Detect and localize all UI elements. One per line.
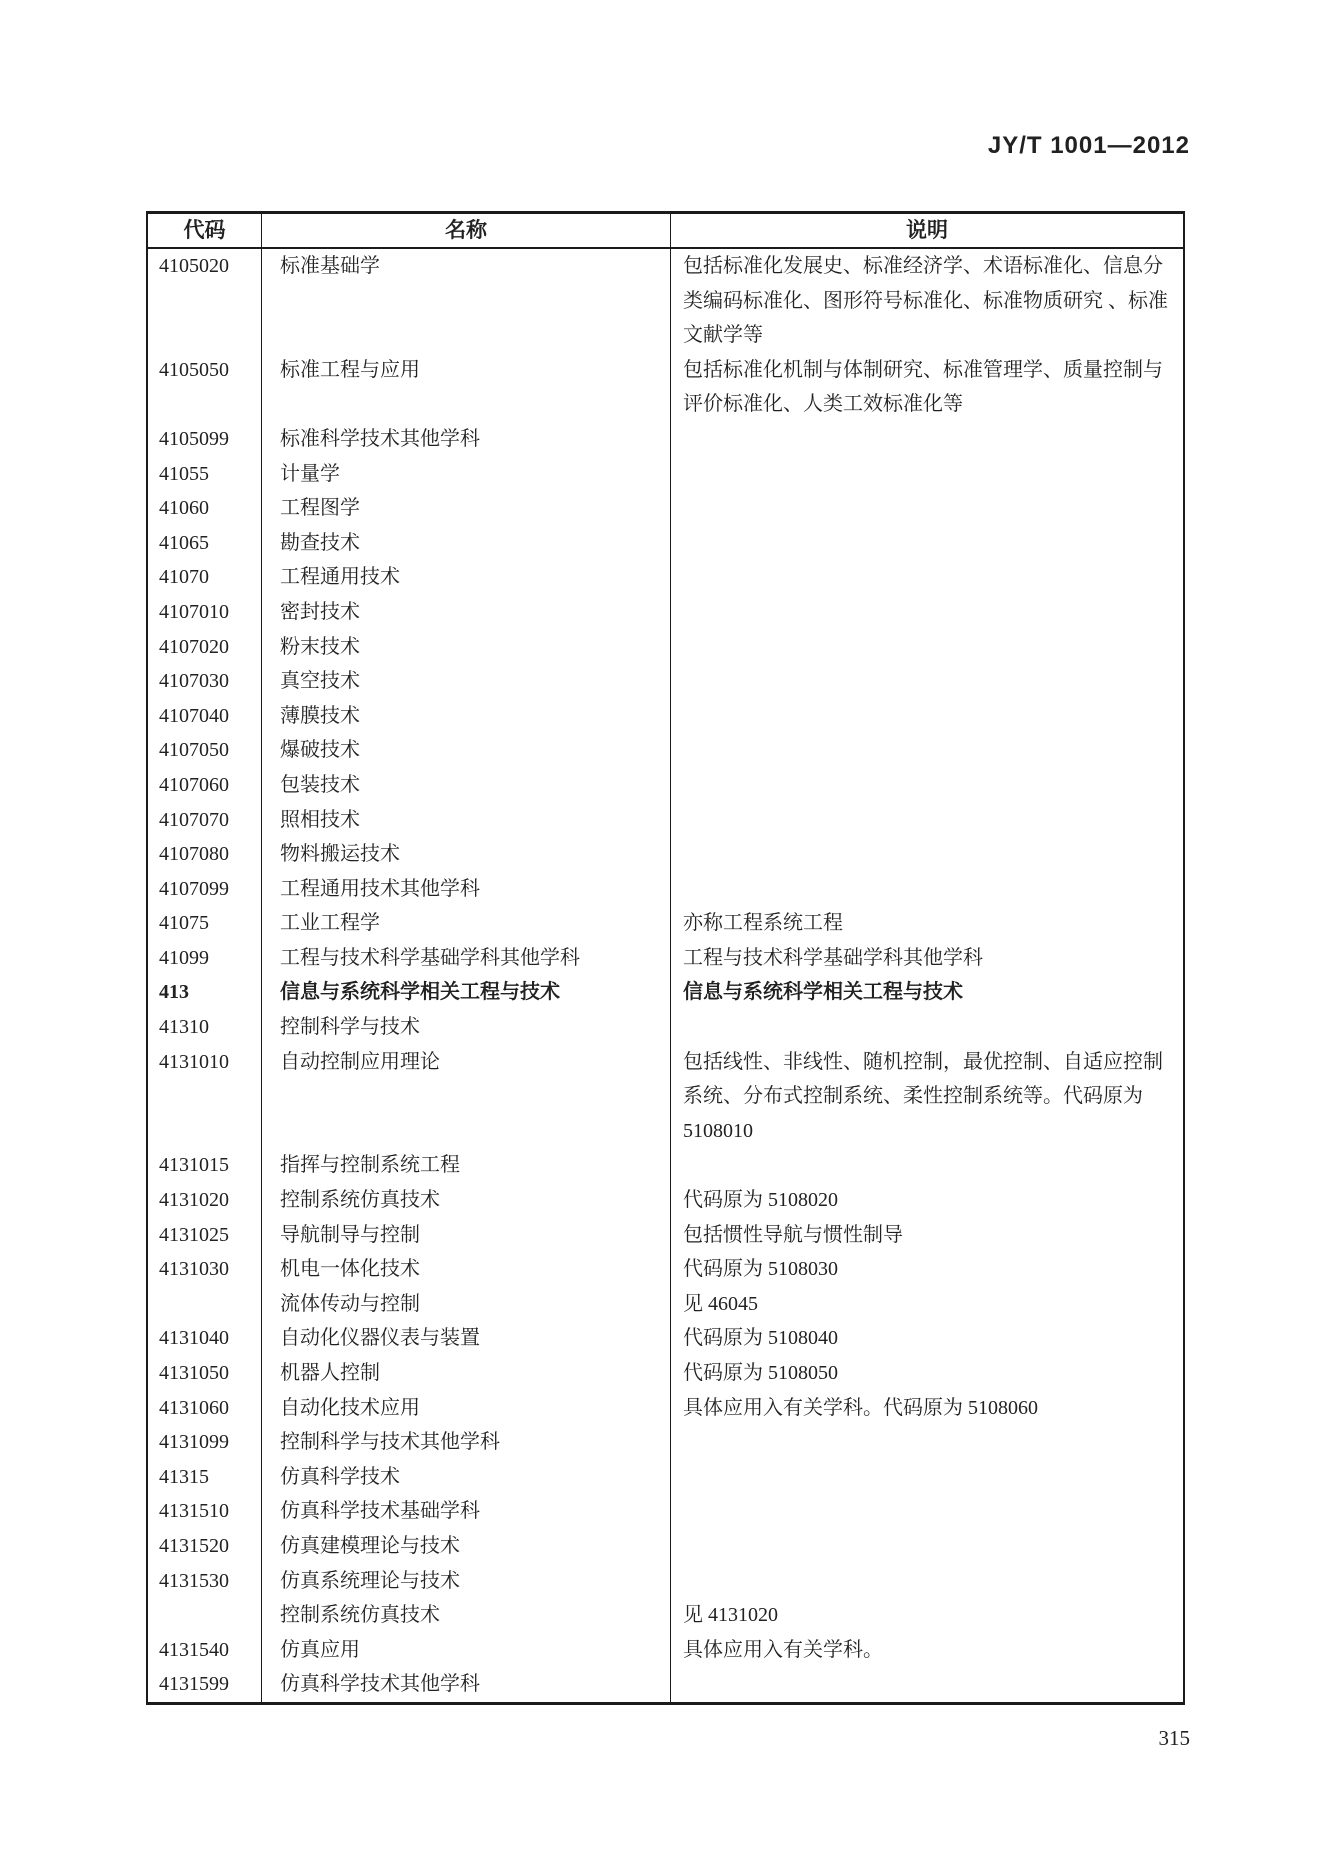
cell-code: 4107060 (148, 768, 261, 803)
cell-desc: 包括标准化发展史、标准经济学、术语标准化、信息分类编码标准化、图形符号标准化、标… (670, 249, 1183, 353)
table-row: 流体传动与控制 见 46045 (148, 1287, 1183, 1322)
cell-name: 工程通用技术其他学科 (261, 872, 670, 907)
col-header-code: 代码 (148, 214, 261, 247)
cell-code: 4107010 (148, 595, 261, 630)
table-row: 41060 工程图学 (148, 491, 1183, 526)
table-row: 4107050 爆破技术 (148, 733, 1183, 768)
table-row: 4131025 导航制导与控制 包括惯性导航与惯性制导 (148, 1218, 1183, 1253)
document-page: JY/T 1001—2012 代码 名称 说明 4105020 标准基础学 包括… (0, 0, 1323, 1871)
cell-name: 仿真系统理论与技术 (261, 1564, 670, 1599)
cell-name: 工业工程学 (261, 906, 670, 941)
table-row: 4131510 仿真科学技术基础学科 (148, 1494, 1183, 1529)
table-row: 4105020 标准基础学 包括标准化发展史、标准经济学、术语标准化、信息分类编… (148, 249, 1183, 353)
table-row: 41099 工程与技术科学基础学科其他学科 工程与技术科学基础学科其他学科 (148, 941, 1183, 976)
cell-desc: 亦称工程系统工程 (670, 906, 1183, 941)
table-row: 41310 控制科学与技术 (148, 1010, 1183, 1045)
cell-desc: 包括标准化机制与体制研究、标准管理学、质量控制与评价标准化、人类工效标准化等 (670, 353, 1183, 422)
cell-name: 仿真科学技术 (261, 1460, 670, 1495)
cell-code: 4107080 (148, 837, 261, 872)
cell-name: 薄膜技术 (261, 699, 670, 734)
table-row: 4107060 包装技术 (148, 768, 1183, 803)
cell-desc (670, 1564, 1183, 1599)
table-row: 41075 工业工程学 亦称工程系统工程 (148, 906, 1183, 941)
cell-code: 4131015 (148, 1148, 261, 1183)
cell-name: 标准基础学 (261, 249, 670, 353)
cell-name: 包装技术 (261, 768, 670, 803)
cell-desc: 代码原为 5108050 (670, 1356, 1183, 1391)
cell-name: 导航制导与控制 (261, 1218, 670, 1253)
table-row: 4107070 照相技术 (148, 803, 1183, 838)
table-row: 4131599 仿真科学技术其他学科 (148, 1667, 1183, 1702)
cell-name: 工程通用技术 (261, 560, 670, 595)
table-row: 4107080 物料搬运技术 (148, 837, 1183, 872)
cell-name: 仿真科学技术基础学科 (261, 1494, 670, 1529)
cell-desc: 代码原为 5108020 (670, 1183, 1183, 1218)
table-row: 41055 计量学 (148, 457, 1183, 492)
cell-code: 4107099 (148, 872, 261, 907)
cell-code: 41099 (148, 941, 261, 976)
cell-name: 真空技术 (261, 664, 670, 699)
cell-code: 4105020 (148, 249, 261, 353)
cell-code: 4131025 (148, 1218, 261, 1253)
cell-name: 控制科学与技术其他学科 (261, 1425, 670, 1460)
cell-code: 4107020 (148, 630, 261, 665)
cell-code: 4131060 (148, 1391, 261, 1426)
table-row: 4131540 仿真应用 具体应用入有关学科。 (148, 1633, 1183, 1668)
cell-desc: 包括惯性导航与惯性制导 (670, 1218, 1183, 1253)
cell-code (148, 1287, 261, 1322)
cell-name: 自动化仪器仪表与装置 (261, 1321, 670, 1356)
cell-code: 41070 (148, 560, 261, 595)
cell-desc: 信息与系统科学相关工程与技术 (670, 975, 1183, 1010)
cell-desc (670, 1529, 1183, 1564)
cell-desc (670, 733, 1183, 768)
cell-name: 勘查技术 (261, 526, 670, 561)
table-row: 4131015 指挥与控制系统工程 (148, 1148, 1183, 1183)
table-header-row: 代码 名称 说明 (148, 214, 1183, 249)
cell-name: 自动化技术应用 (261, 1391, 670, 1426)
cell-desc (670, 491, 1183, 526)
cell-code (148, 1598, 261, 1633)
cell-desc (670, 699, 1183, 734)
cell-desc (670, 1460, 1183, 1495)
cell-name: 爆破技术 (261, 733, 670, 768)
cell-code: 4131010 (148, 1045, 261, 1149)
cell-code: 4131530 (148, 1564, 261, 1599)
cell-code: 4131599 (148, 1667, 261, 1702)
cell-desc (670, 664, 1183, 699)
cell-desc: 代码原为 5108040 (670, 1321, 1183, 1356)
cell-code: 4105099 (148, 422, 261, 457)
cell-name: 机器人控制 (261, 1356, 670, 1391)
table-body: 4105020 标准基础学 包括标准化发展史、标准经济学、术语标准化、信息分类编… (148, 249, 1183, 1702)
table-row: 4131010 自动控制应用理论 包括线性、非线性、随机控制，最优控制、自适应控… (148, 1045, 1183, 1149)
cell-desc: 具体应用入有关学科。 (670, 1633, 1183, 1668)
cell-desc (670, 803, 1183, 838)
table-row: 4105099 标准科学技术其他学科 (148, 422, 1183, 457)
col-header-desc: 说明 (670, 214, 1183, 247)
table-row: 控制系统仿真技术 见 4131020 (148, 1598, 1183, 1633)
cell-code: 41055 (148, 457, 261, 492)
table-row: 41070 工程通用技术 (148, 560, 1183, 595)
table-row: 413 信息与系统科学相关工程与技术 信息与系统科学相关工程与技术 (148, 975, 1183, 1010)
cell-desc (670, 1010, 1183, 1045)
cell-code: 4131040 (148, 1321, 261, 1356)
cell-name: 照相技术 (261, 803, 670, 838)
cell-code: 4107050 (148, 733, 261, 768)
table-row: 4107020 粉末技术 (148, 630, 1183, 665)
cell-code: 41075 (148, 906, 261, 941)
cell-desc (670, 526, 1183, 561)
cell-code: 4107040 (148, 699, 261, 734)
table-row: 4131030 机电一体化技术 代码原为 5108030 (148, 1252, 1183, 1287)
cell-desc (670, 560, 1183, 595)
cell-name: 标准科学技术其他学科 (261, 422, 670, 457)
cell-code: 4131520 (148, 1529, 261, 1564)
cell-desc: 见 46045 (670, 1287, 1183, 1322)
cell-name: 自动控制应用理论 (261, 1045, 670, 1149)
cell-name: 仿真建模理论与技术 (261, 1529, 670, 1564)
table-row: 4105050 标准工程与应用 包括标准化机制与体制研究、标准管理学、质量控制与… (148, 353, 1183, 422)
cell-desc (670, 1148, 1183, 1183)
cell-name: 流体传动与控制 (261, 1287, 670, 1322)
cell-desc (670, 1667, 1183, 1702)
cell-code: 4131099 (148, 1425, 261, 1460)
cell-desc (670, 457, 1183, 492)
cell-name: 工程与技术科学基础学科其他学科 (261, 941, 670, 976)
cell-name: 控制系统仿真技术 (261, 1183, 670, 1218)
table-row: 4107099 工程通用技术其他学科 (148, 872, 1183, 907)
cell-name: 仿真应用 (261, 1633, 670, 1668)
cell-code: 4131020 (148, 1183, 261, 1218)
cell-code: 413 (148, 975, 261, 1010)
col-header-name: 名称 (261, 214, 670, 247)
cell-desc (670, 837, 1183, 872)
table-row: 4131060 自动化技术应用 具体应用入有关学科。代码原为 5108060 (148, 1391, 1183, 1426)
table-row: 4131050 机器人控制 代码原为 5108050 (148, 1356, 1183, 1391)
cell-desc (670, 872, 1183, 907)
doc-number: JY/T 1001—2012 (988, 132, 1190, 160)
page-number: 315 (1159, 1726, 1191, 1751)
cell-desc (670, 1494, 1183, 1529)
cell-code: 41310 (148, 1010, 261, 1045)
table-row: 4131040 自动化仪器仪表与装置 代码原为 5108040 (148, 1321, 1183, 1356)
cell-name: 密封技术 (261, 595, 670, 630)
cell-code: 41315 (148, 1460, 261, 1495)
cell-desc: 工程与技术科学基础学科其他学科 (670, 941, 1183, 976)
cell-name: 标准工程与应用 (261, 353, 670, 422)
cell-code: 4105050 (148, 353, 261, 422)
cell-code: 4131030 (148, 1252, 261, 1287)
cell-desc (670, 630, 1183, 665)
cell-name: 工程图学 (261, 491, 670, 526)
cell-name: 计量学 (261, 457, 670, 492)
cell-desc (670, 595, 1183, 630)
cell-code: 41065 (148, 526, 261, 561)
table-row: 4131099 控制科学与技术其他学科 (148, 1425, 1183, 1460)
table-row: 4131020 控制系统仿真技术 代码原为 5108020 (148, 1183, 1183, 1218)
cell-name: 信息与系统科学相关工程与技术 (261, 975, 670, 1010)
table-row: 4107040 薄膜技术 (148, 699, 1183, 734)
cell-name: 指挥与控制系统工程 (261, 1148, 670, 1183)
cell-name: 物料搬运技术 (261, 837, 670, 872)
cell-code: 4107030 (148, 664, 261, 699)
table-row: 4131530 仿真系统理论与技术 (148, 1564, 1183, 1599)
cell-name: 控制科学与技术 (261, 1010, 670, 1045)
table-row: 41315 仿真科学技术 (148, 1460, 1183, 1495)
cell-code: 41060 (148, 491, 261, 526)
cell-name: 机电一体化技术 (261, 1252, 670, 1287)
cell-desc: 见 4131020 (670, 1598, 1183, 1633)
cell-desc (670, 768, 1183, 803)
cell-desc (670, 422, 1183, 457)
table-row: 4107030 真空技术 (148, 664, 1183, 699)
cell-desc: 代码原为 5108030 (670, 1252, 1183, 1287)
cell-desc (670, 1425, 1183, 1460)
classification-table: 代码 名称 说明 4105020 标准基础学 包括标准化发展史、标准经济学、术语… (146, 211, 1185, 1705)
cell-desc: 具体应用入有关学科。代码原为 5108060 (670, 1391, 1183, 1426)
cell-desc: 包括线性、非线性、随机控制，最优控制、自适应控制系统、分布式控制系统、柔性控制系… (670, 1045, 1183, 1149)
cell-code: 4107070 (148, 803, 261, 838)
table-row: 4131520 仿真建模理论与技术 (148, 1529, 1183, 1564)
table-row: 41065 勘查技术 (148, 526, 1183, 561)
cell-name: 粉末技术 (261, 630, 670, 665)
table-row: 4107010 密封技术 (148, 595, 1183, 630)
cell-code: 4131050 (148, 1356, 261, 1391)
cell-code: 4131540 (148, 1633, 261, 1668)
cell-name: 仿真科学技术其他学科 (261, 1667, 670, 1702)
cell-code: 4131510 (148, 1494, 261, 1529)
cell-name: 控制系统仿真技术 (261, 1598, 670, 1633)
